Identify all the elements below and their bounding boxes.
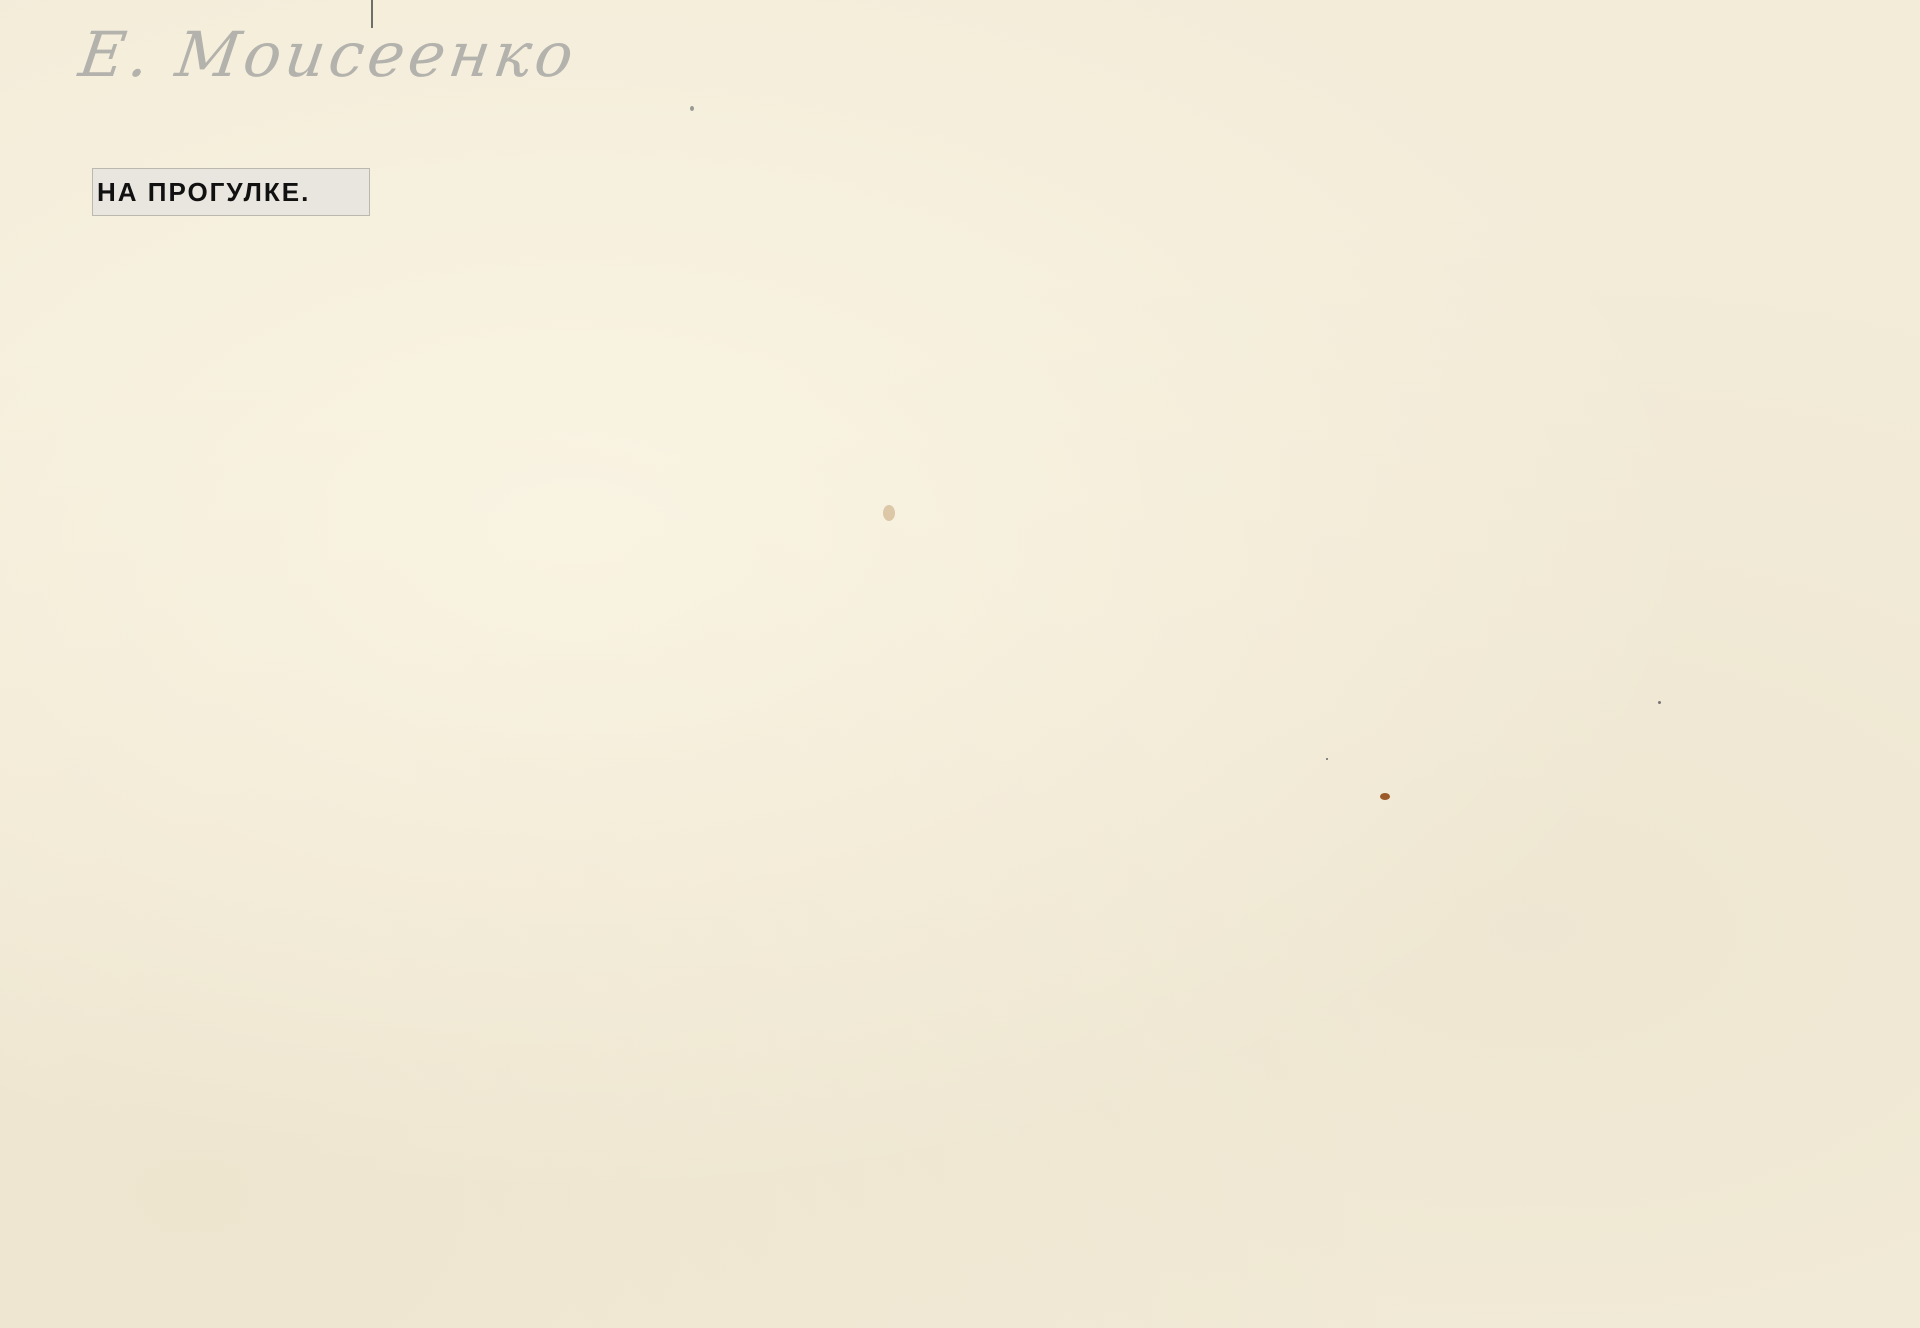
title-label: НА ПРОГУЛКЕ. — [92, 168, 370, 216]
paper-speck — [1326, 758, 1328, 760]
paper-speck — [1658, 701, 1661, 704]
postcard-back: Е. Моисеенко НА ПРОГУЛКЕ. — [0, 0, 1920, 1328]
paper-speck — [1380, 793, 1390, 800]
title-label-text: НА ПРОГУЛКЕ. — [97, 177, 310, 208]
paper-stain — [883, 505, 895, 521]
handwritten-signature: Е. Моисеенко — [75, 18, 582, 91]
paper-speck — [690, 106, 694, 111]
